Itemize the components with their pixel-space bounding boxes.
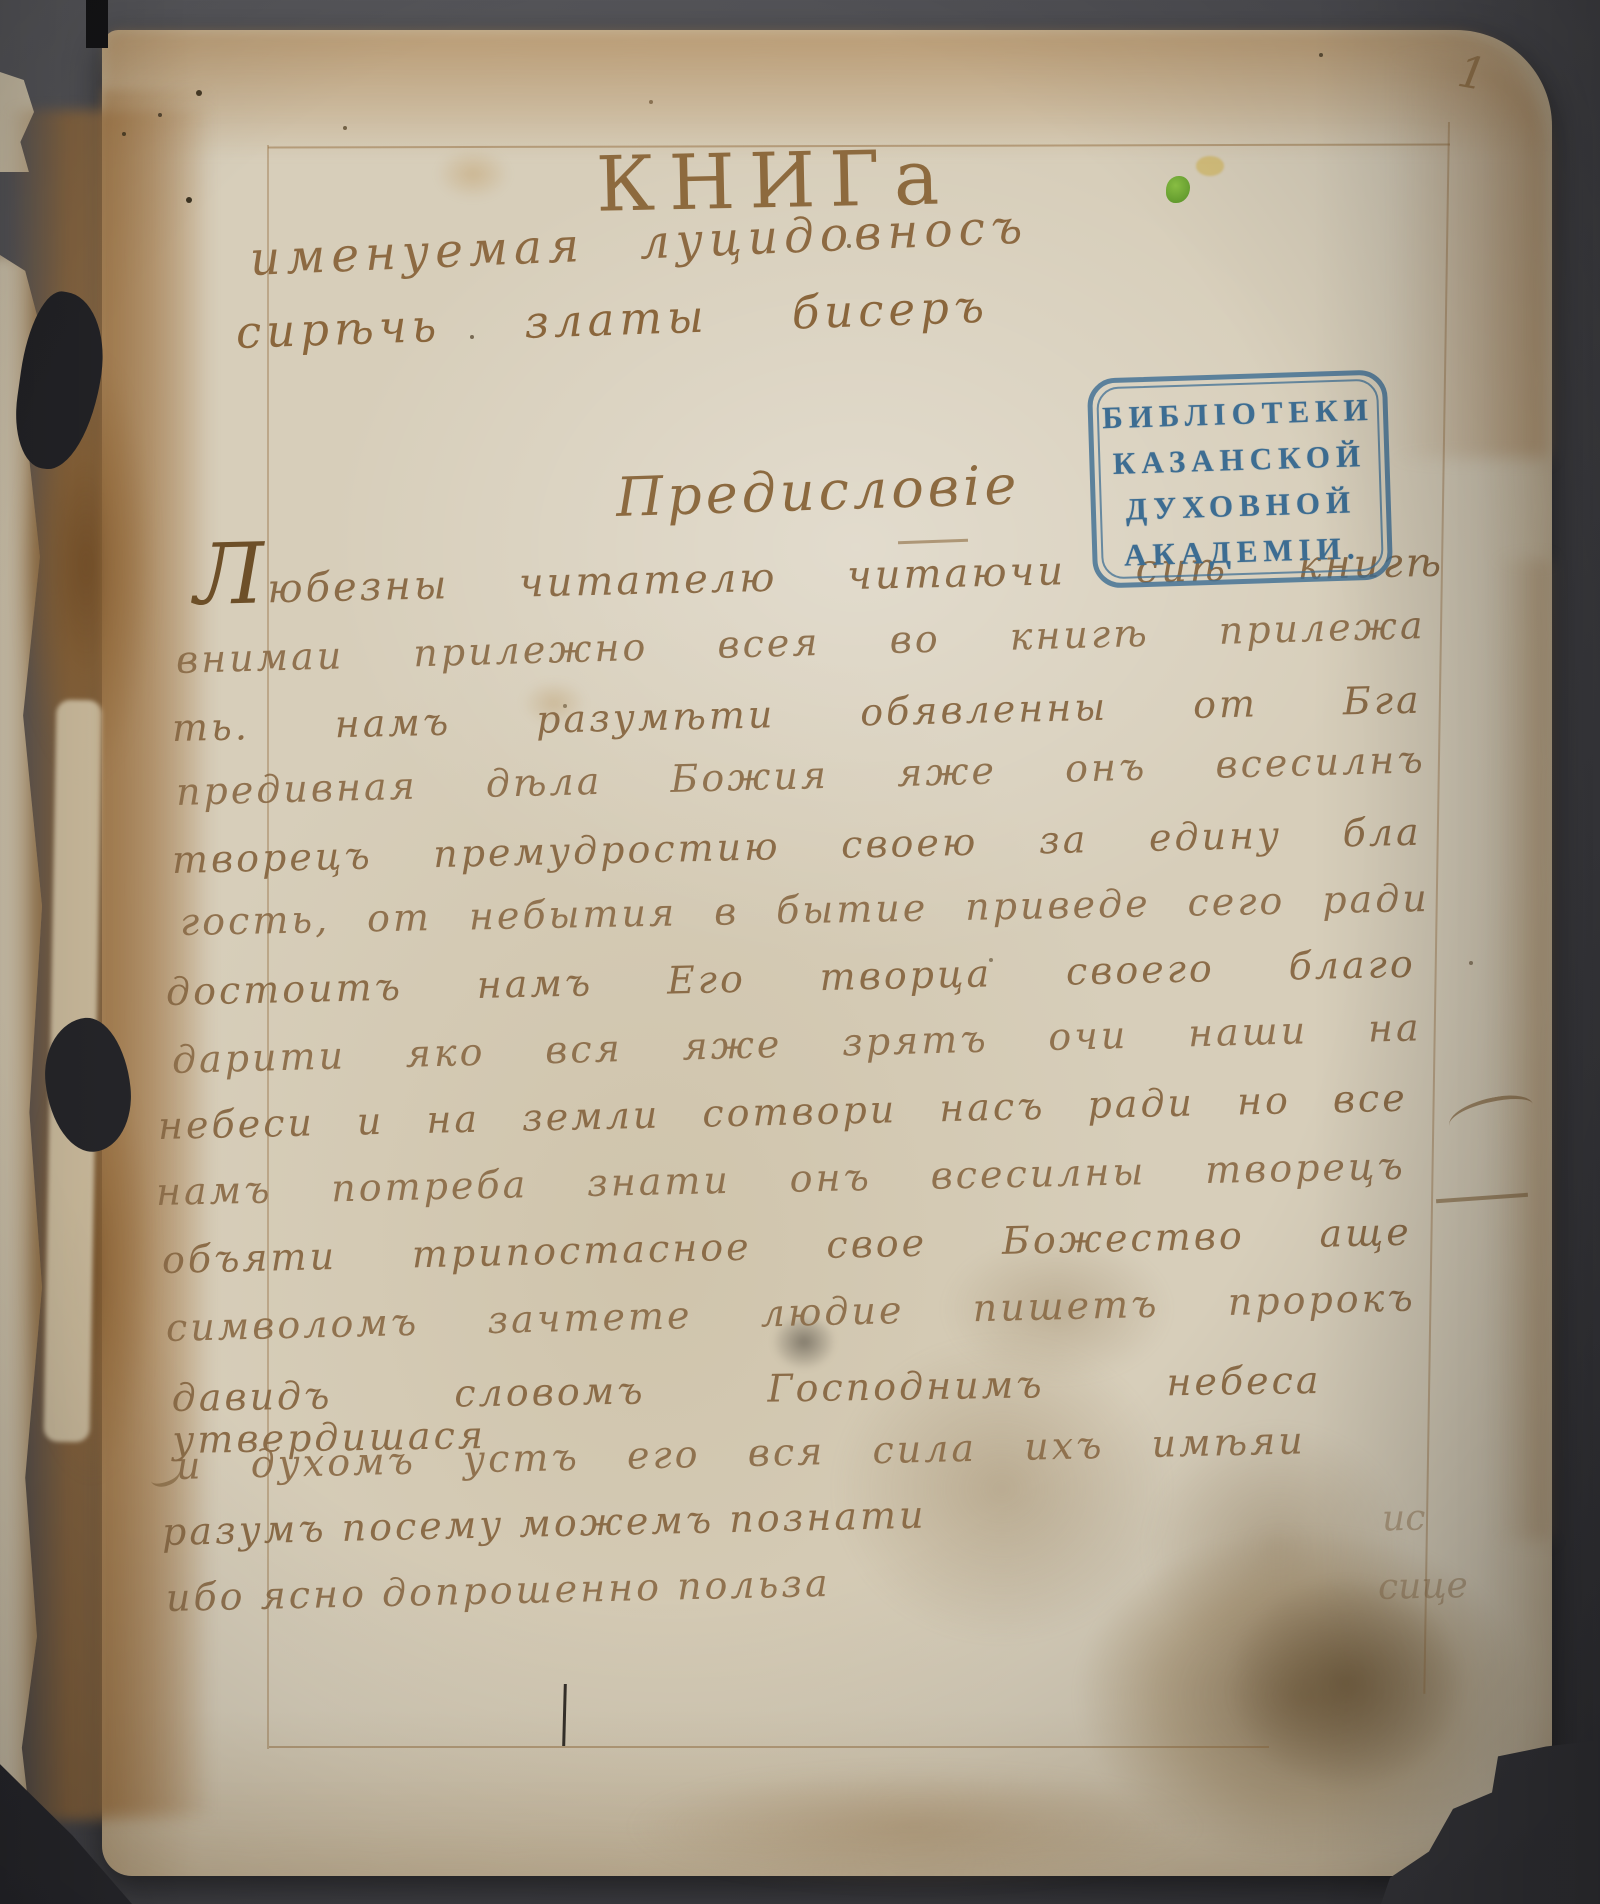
- water-stain-bottom-right-core: [1228, 1576, 1464, 1790]
- stamp-line-4: АКАДЕМІИ.: [1097, 524, 1388, 579]
- water-stain-right: [1498, 560, 1550, 1540]
- ruled-frame-bottom: [269, 1746, 1269, 1748]
- faint-text-tail: ис: [1382, 1498, 1426, 1540]
- torn-leaf-fragment: [0, 72, 34, 172]
- section-heading: Предисловіе: [615, 453, 1021, 529]
- library-stamp: БИБЛІОТЕКИ КАЗАНСКОЙ ДУХОВНОЙ АКАДЕМІИ.: [1087, 369, 1393, 588]
- foxing-spot: [436, 148, 510, 200]
- yellow-speck: [1196, 156, 1224, 176]
- faint-text-tail: сице: [1378, 1565, 1469, 1608]
- water-stain-top-right: [1392, 58, 1548, 458]
- library-stamp-text: БИБЛІОТЕКИ КАЗАНСКОЙ ДУХОВНОЙ АКАДЕМІИ.: [1092, 374, 1388, 583]
- manuscript-scan: КНИГа именуемая луцидовносъ сирѣчь златы…: [0, 0, 1600, 1904]
- water-stain-bottom: [630, 1768, 1200, 1886]
- book-spine-ribbon: [86, 0, 108, 48]
- ink-speck: [196, 90, 202, 96]
